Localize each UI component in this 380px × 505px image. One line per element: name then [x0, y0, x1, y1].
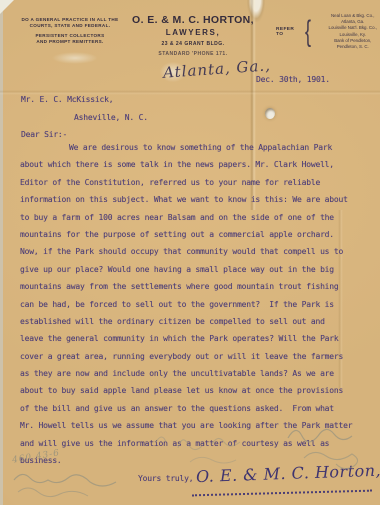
body-line: mountains away from the settlements wher…	[20, 282, 365, 299]
valediction: Yours truly,	[138, 474, 193, 483]
collectors-line: AND PROMPT REMITTERS.	[14, 39, 126, 45]
body-line: can be had, be forced to sell out to the…	[20, 300, 365, 317]
firm-address: 23 & 24 GRANT BLDG.	[128, 41, 258, 47]
pencil-scribble	[150, 428, 270, 470]
firm-name: O. E. & M. C. HORTON,	[128, 14, 258, 26]
recipient-city: Asheville, N. C.	[74, 113, 148, 122]
paper-hole	[265, 108, 275, 119]
brace-glyph: {	[305, 17, 311, 47]
scanned-letter: DO A GENERAL PRACTICE IN ALL THE COURTS,…	[0, 0, 380, 505]
letterhead-references: REFER TO { Neal Loan & Bkg. Co.,Atlanta,…	[276, 13, 380, 50]
body-line: about which there is some talk in the ne…	[20, 160, 365, 177]
letterhead-left: DO A GENERAL PRACTICE IN ALL THE COURTS,…	[14, 17, 126, 44]
paper-scuff	[52, 52, 98, 64]
body-line: about to buy said apple land please let …	[20, 386, 365, 403]
body-line: mountains for the purpose of setting out…	[20, 230, 365, 247]
body-line: leave the general community in which the…	[20, 334, 365, 351]
pencil-scribble	[278, 420, 378, 478]
body-line: established will the ordinary citizen be…	[20, 317, 365, 334]
practice-line: DO A GENERAL PRACTICE IN ALL THE	[14, 17, 126, 23]
pencil-scribble	[10, 462, 120, 502]
reference-item: Pendleton, S. C.	[313, 44, 380, 50]
refer-to-label: REFER TO	[276, 27, 301, 37]
firm-phone: STANDARD 'PHONE 171.	[128, 51, 258, 57]
body-line: as they are now and include only the unc…	[20, 369, 365, 386]
body-line: information on this subject. What we wan…	[20, 195, 365, 212]
body-line: cover a great area, running everybody ou…	[20, 352, 365, 369]
body-line: of the bill and give us an answer to the…	[20, 404, 365, 421]
reference-list: Neal Loan & Bkg. Co.,Atlanta, Ga.Louisvi…	[313, 13, 380, 50]
firm-title: LAWYERS,	[128, 28, 258, 37]
torn-corner	[0, 0, 14, 14]
recipient-name: Mr. E. C. McKissick,	[21, 95, 113, 104]
practice-line: COURTS, STATE AND FEDERAL.	[14, 23, 126, 29]
body-line: give up our place? Would one having a sm…	[20, 265, 365, 282]
dateline-date: Dec. 30th, 1901.	[256, 75, 330, 84]
body-line: Now, if the Park should occupy that comm…	[20, 247, 365, 264]
body-line: to buy a farm of 100 acres near Balsam a…	[20, 213, 365, 230]
salutation: Dear Sir:-	[21, 130, 67, 139]
body-line: We are desirous to know something of the…	[20, 143, 365, 160]
scan-edge	[0, 0, 3, 505]
body-line: Editor of the Constitution, referred us …	[20, 178, 365, 195]
letterhead-center: O. E. & M. C. HORTON, LAWYERS, 23 & 24 G…	[128, 14, 258, 57]
